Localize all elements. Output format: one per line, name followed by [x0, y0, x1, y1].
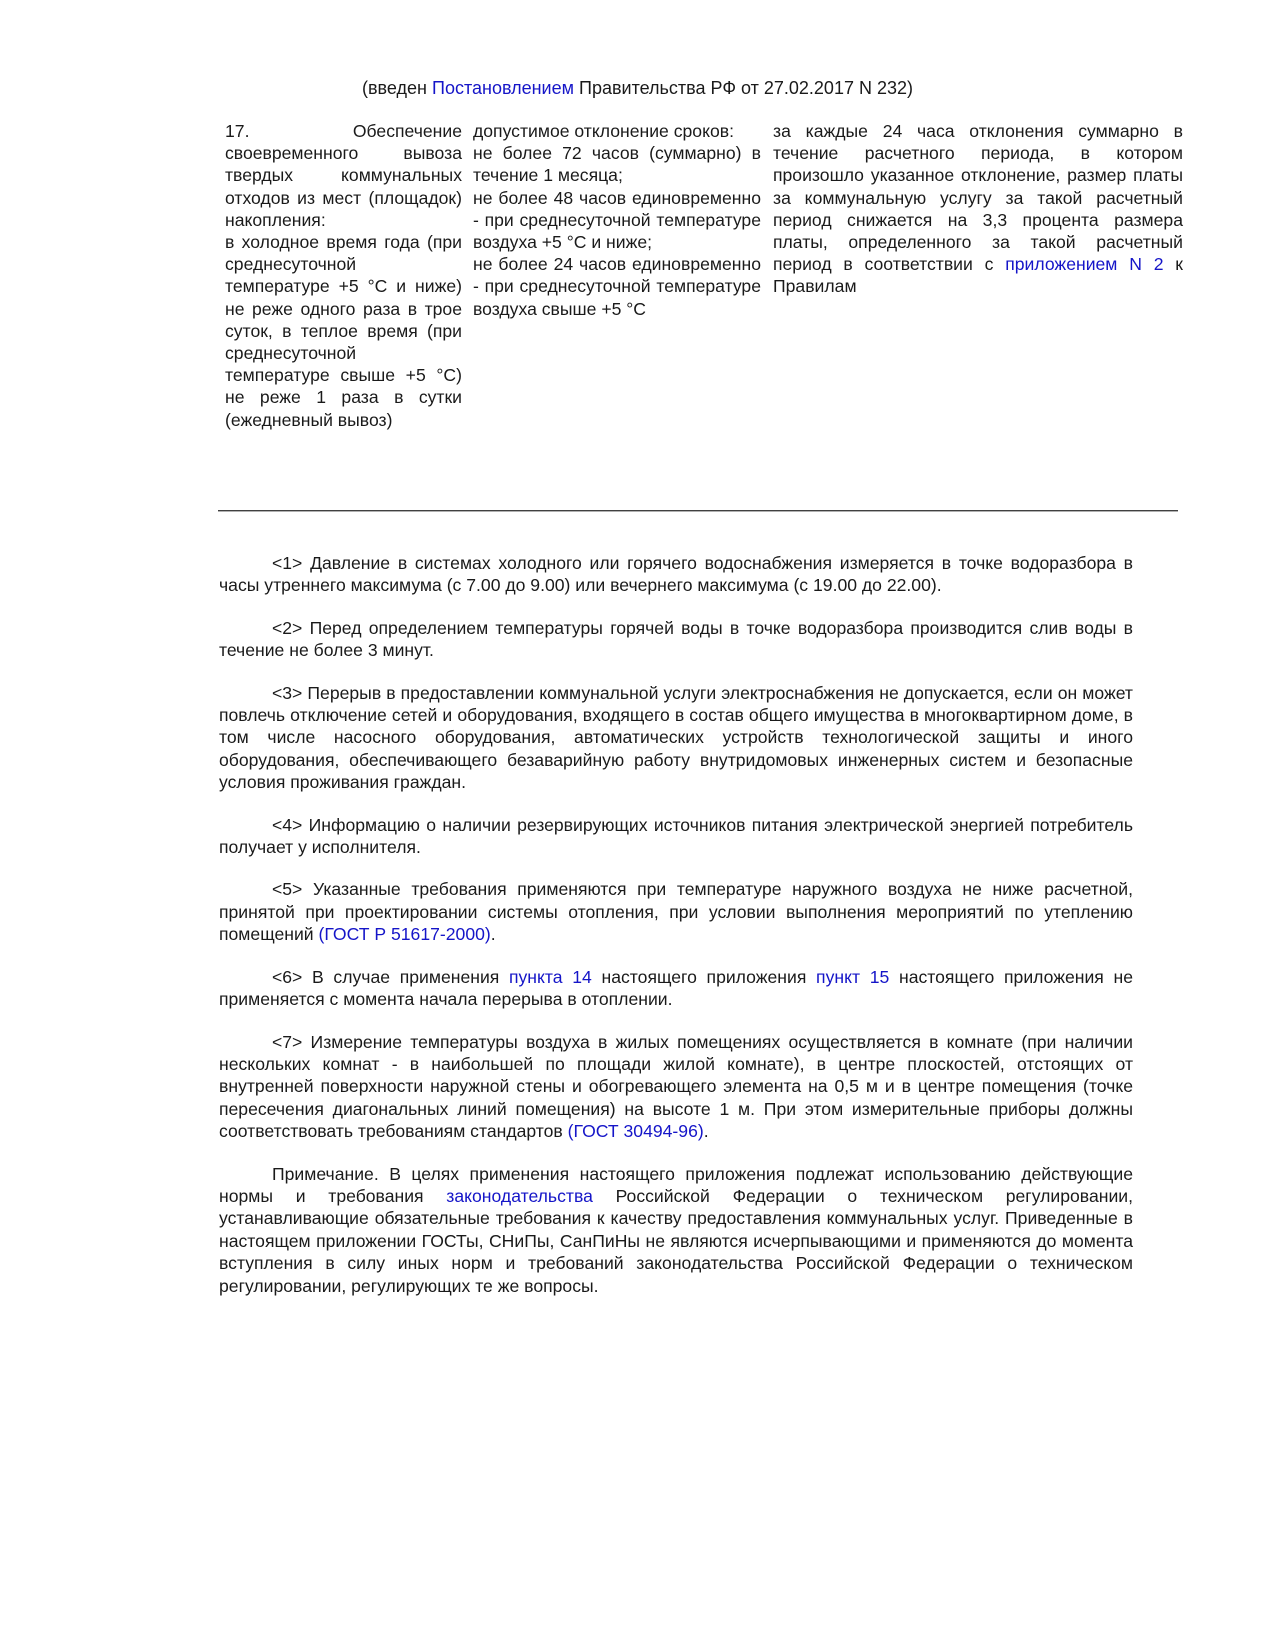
- footnote-1: <1> Давление в системах холодного или го…: [219, 552, 1133, 597]
- allowed-deviation-cell: допустимое отклонение сроков: не более 7…: [473, 120, 761, 320]
- legislation-link[interactable]: законодательства: [446, 1186, 593, 1206]
- deviation-heading: допустимое отклонение сроков:: [473, 120, 761, 142]
- footnote-5: <5> Указанные требования применяются при…: [219, 878, 1133, 945]
- appendix-2-link[interactable]: приложением N 2: [1005, 254, 1163, 274]
- amendment-suffix: Правительства РФ от 27.02.2017 N 232): [574, 78, 913, 98]
- reduction-text: за каждые 24 часа отклонения суммарно в …: [773, 121, 1183, 274]
- payment-reduction-cell: за каждые 24 часа отклонения суммарно в …: [773, 120, 1183, 298]
- note: Примечание. В целях применения настоящег…: [219, 1163, 1133, 1297]
- gost-30494-link[interactable]: (ГОСТ 30494-96): [568, 1121, 704, 1141]
- deviation-monthly: не более 72 часов (суммарно) в течение 1…: [473, 142, 761, 186]
- requirement-details: в холодное время года (при среднесуточно…: [225, 231, 462, 431]
- footnote-3: <3> Перерыв в предоставлении коммунально…: [219, 682, 1133, 794]
- requirement-title: 17. Обеспечение своевременного вывоза тв…: [225, 120, 462, 231]
- footnote-4: <4> Информацию о наличии резервирующих и…: [219, 814, 1133, 859]
- footnotes: <1> Давление в системах холодного или го…: [219, 552, 1133, 1317]
- footnote-6: <6> В случае применения пункта 14 настоя…: [219, 966, 1133, 1011]
- item-14-link[interactable]: пункта 14: [509, 967, 592, 987]
- footnote-2: <2> Перед определением температуры горяч…: [219, 617, 1133, 662]
- requirement-cell: 17. Обеспечение своевременного вывоза тв…: [225, 120, 462, 431]
- amendment-prefix: (введен: [362, 78, 432, 98]
- gost-51617-link[interactable]: (ГОСТ Р 51617-2000): [319, 924, 491, 944]
- footnote-divider: [218, 510, 1178, 512]
- footnote-7: <7> Измерение температуры воздуха в жилы…: [219, 1031, 1133, 1143]
- resolution-link[interactable]: Постановлением: [432, 78, 574, 98]
- deviation-warm: не более 24 часов единовременно - при ср…: [473, 253, 761, 320]
- item-15-link[interactable]: пункт 15: [816, 967, 889, 987]
- deviation-cold: не более 48 часов единовременно - при ср…: [473, 187, 761, 254]
- amendment-note: (введен Постановлением Правительства РФ …: [0, 77, 1275, 99]
